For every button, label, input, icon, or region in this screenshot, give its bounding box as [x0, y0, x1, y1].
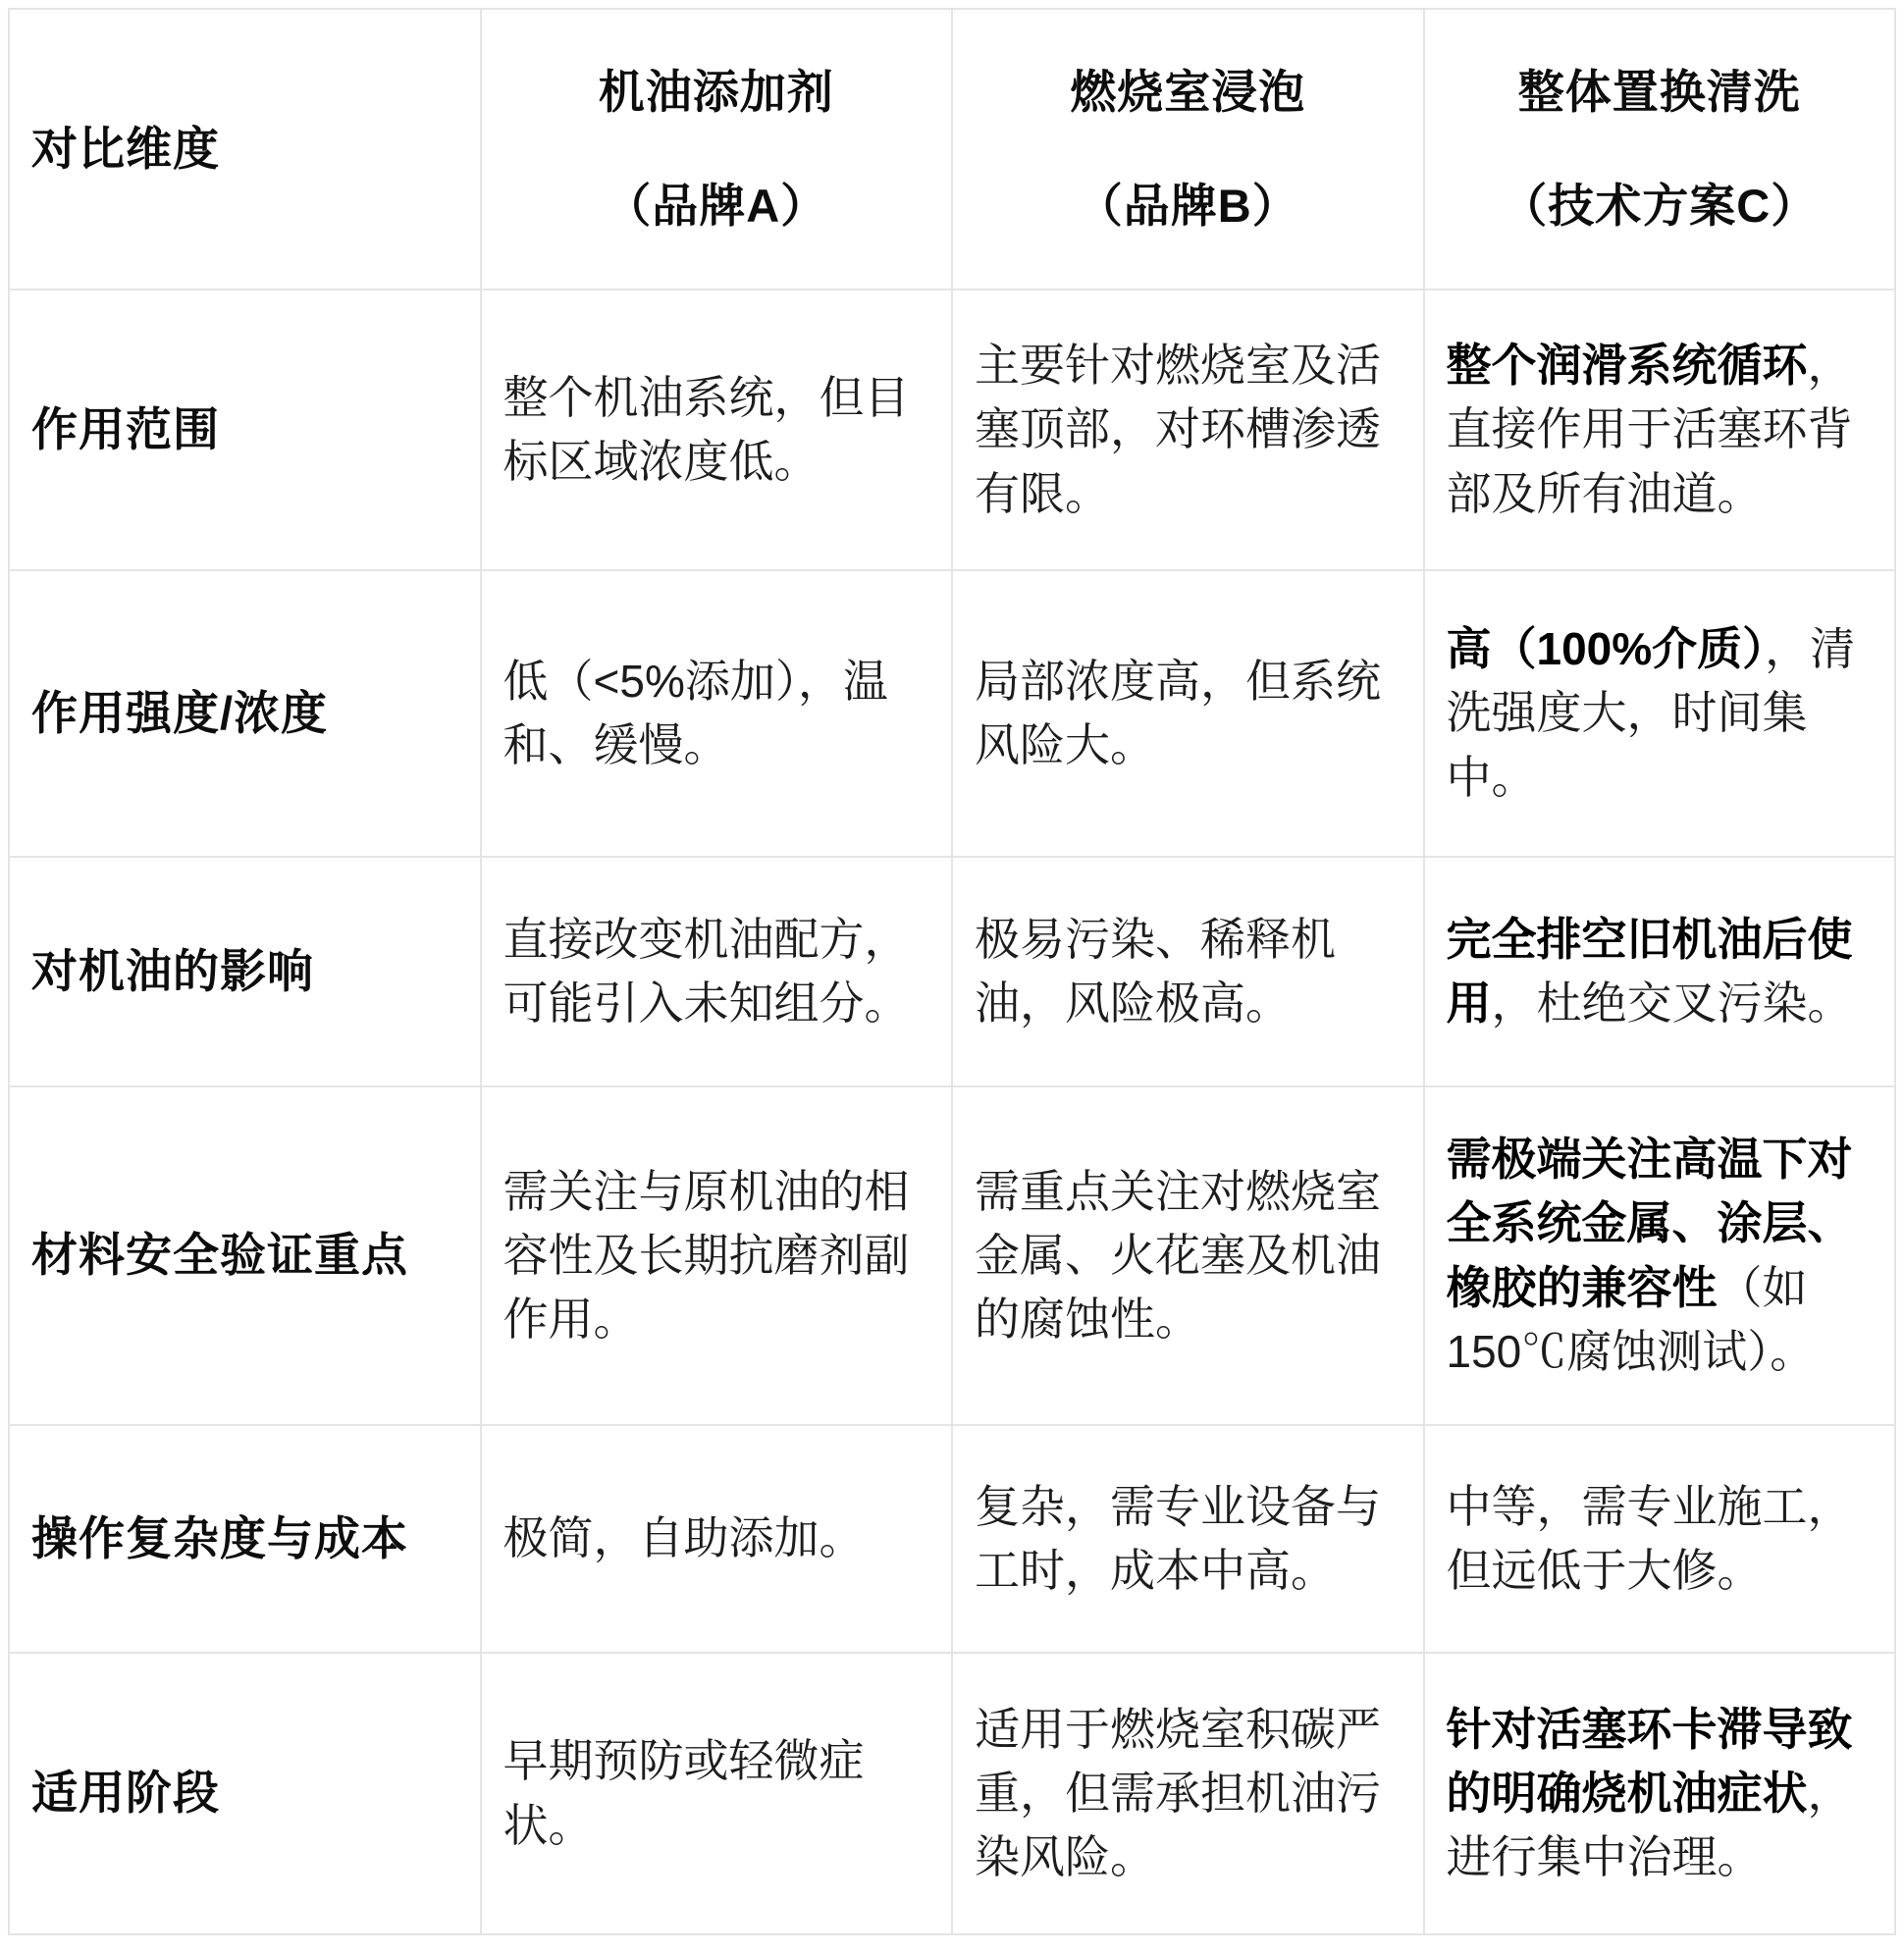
- header-col-c-line2: （技术方案C）: [1447, 180, 1874, 233]
- cell-applicable-stage-b: 适用于燃烧室积碳严重，但需承担机油污染风险。: [952, 1653, 1424, 1934]
- text-run: 适用于燃烧室积碳严重，但需承担机油污染风险。: [975, 1704, 1381, 1883]
- cell-complexity-cost-c: 中等，需专业施工，但远低于大修。: [1424, 1425, 1896, 1653]
- cell-applicable-stage-a: 早期预防或轻微症状。: [481, 1653, 953, 1934]
- cell-intensity-b: 局部浓度高，但系统风险大。: [952, 570, 1424, 857]
- text-run: 整个机油系统，但目标区域浓度低。: [503, 372, 910, 487]
- comparison-table: 对比维度 机油添加剂 （品牌A） 燃烧室浸泡 （品牌B） 整体置换清洗 （技术方…: [8, 8, 1896, 1935]
- text-run: 需重点关注对燃烧室金属、火花塞及机油的腐蚀性。: [975, 1166, 1381, 1346]
- bold-text-run: 高（100%介质）: [1447, 623, 1766, 674]
- text-run: 复杂，需专业设备与工时，成本中高。: [975, 1481, 1381, 1596]
- cell-material-safety-b: 需重点关注对燃烧室金属、火花塞及机油的腐蚀性。: [952, 1086, 1424, 1425]
- bold-text-run: 整个润滑系统循环: [1447, 340, 1808, 391]
- header-col-a-line2: （品牌A）: [503, 180, 930, 233]
- row-label-intensity: 作用强度/浓度: [9, 570, 481, 857]
- text-run: 直接改变机油配方，可能引入未知组分。: [503, 914, 910, 1029]
- header-col-b-line1: 燃烧室浸泡: [975, 66, 1402, 119]
- cell-oil-impact-b: 极易污染、稀释机油，风险极高。: [952, 857, 1424, 1086]
- text-run: 主要针对燃烧室及活塞顶部，对环槽渗透有限。: [975, 340, 1381, 519]
- row-label-complexity-cost: 操作复杂度与成本: [9, 1425, 481, 1653]
- text-run: 局部浓度高，但系统风险大。: [975, 656, 1381, 770]
- table-row-applicable-stage: 适用阶段 早期预防或轻微症状。 适用于燃烧室积碳严重，但需承担机油污染风险。 针…: [9, 1653, 1895, 1934]
- text-run: 需关注与原机油的相容性及长期抗磨剂副作用。: [503, 1166, 910, 1346]
- cell-material-safety-a: 需关注与原机油的相容性及长期抗磨剂副作用。: [481, 1086, 953, 1425]
- table-row-scope: 作用范围 整个机油系统，但目标区域浓度低。 主要针对燃烧室及活塞顶部，对环槽渗透…: [9, 290, 1895, 570]
- header-row: 对比维度 机油添加剂 （品牌A） 燃烧室浸泡 （品牌B） 整体置换清洗 （技术方…: [9, 9, 1895, 290]
- text-run: 中等，需专业施工，但远低于大修。: [1447, 1481, 1853, 1596]
- text-run: 低（<5%添加），温和、缓慢。: [503, 656, 888, 770]
- cell-scope-c: 整个润滑系统循环，直接作用于活塞环背部及所有油道。: [1424, 290, 1896, 570]
- header-col-brand-b: 燃烧室浸泡 （品牌B）: [952, 9, 1424, 290]
- cell-complexity-cost-b: 复杂，需专业设备与工时，成本中高。: [952, 1425, 1424, 1653]
- row-label-scope: 作用范围: [9, 290, 481, 570]
- text-run: 早期预防或轻微症状。: [503, 1735, 865, 1850]
- cell-scope-b: 主要针对燃烧室及活塞顶部，对环槽渗透有限。: [952, 290, 1424, 570]
- table-row-oil-impact: 对机油的影响 直接改变机油配方，可能引入未知组分。 极易污染、稀释机油，风险极高…: [9, 857, 1895, 1086]
- row-label-material-safety: 材料安全验证重点: [9, 1086, 481, 1425]
- text-run: ，杜绝交叉污染。: [1492, 977, 1853, 1029]
- header-col-solution-c: 整体置换清洗 （技术方案C）: [1424, 9, 1896, 290]
- cell-oil-impact-c: 完全排空旧机油后使用，杜绝交叉污染。: [1424, 857, 1896, 1086]
- cell-material-safety-c: 需极端关注高温下对全系统金属、涂层、橡胶的兼容性（如150℃腐蚀测试）。: [1424, 1086, 1896, 1425]
- cell-scope-a: 整个机油系统，但目标区域浓度低。: [481, 290, 953, 570]
- header-col-b-line2: （品牌B）: [975, 180, 1402, 233]
- header-col-brand-a: 机油添加剂 （品牌A）: [481, 9, 953, 290]
- cell-complexity-cost-a: 极简，自助添加。: [481, 1425, 953, 1653]
- header-col-a-line1: 机油添加剂: [503, 66, 930, 119]
- row-label-oil-impact: 对机油的影响: [9, 857, 481, 1086]
- page: 对比维度 机油添加剂 （品牌A） 燃烧室浸泡 （品牌B） 整体置换清洗 （技术方…: [0, 0, 1904, 1943]
- table-row-material-safety: 材料安全验证重点 需关注与原机油的相容性及长期抗磨剂副作用。 需重点关注对燃烧室…: [9, 1086, 1895, 1425]
- cell-applicable-stage-c: 针对活塞环卡滞导致的明确烧机油症状，进行集中治理。: [1424, 1653, 1896, 1934]
- header-dimension-label: 对比维度: [9, 9, 481, 290]
- cell-oil-impact-a: 直接改变机油配方，可能引入未知组分。: [481, 857, 953, 1086]
- text-run: 极简，自助添加。: [503, 1512, 865, 1563]
- table-row-complexity-cost: 操作复杂度与成本 极简，自助添加。 复杂，需专业设备与工时，成本中高。 中等，需…: [9, 1425, 1895, 1653]
- table-row-intensity: 作用强度/浓度 低（<5%添加），温和、缓慢。 局部浓度高，但系统风险大。 高（…: [9, 570, 1895, 857]
- text-run: 极易污染、稀释机油，风险极高。: [975, 914, 1336, 1029]
- bold-text-run: 针对活塞环卡滞导致的明确烧机油症状: [1447, 1704, 1853, 1819]
- cell-intensity-c: 高（100%介质），清洗强度大，时间集中。: [1424, 570, 1896, 857]
- header-col-c-line1: 整体置换清洗: [1447, 66, 1874, 119]
- cell-intensity-a: 低（<5%添加），温和、缓慢。: [481, 570, 953, 857]
- row-label-applicable-stage: 适用阶段: [9, 1653, 481, 1934]
